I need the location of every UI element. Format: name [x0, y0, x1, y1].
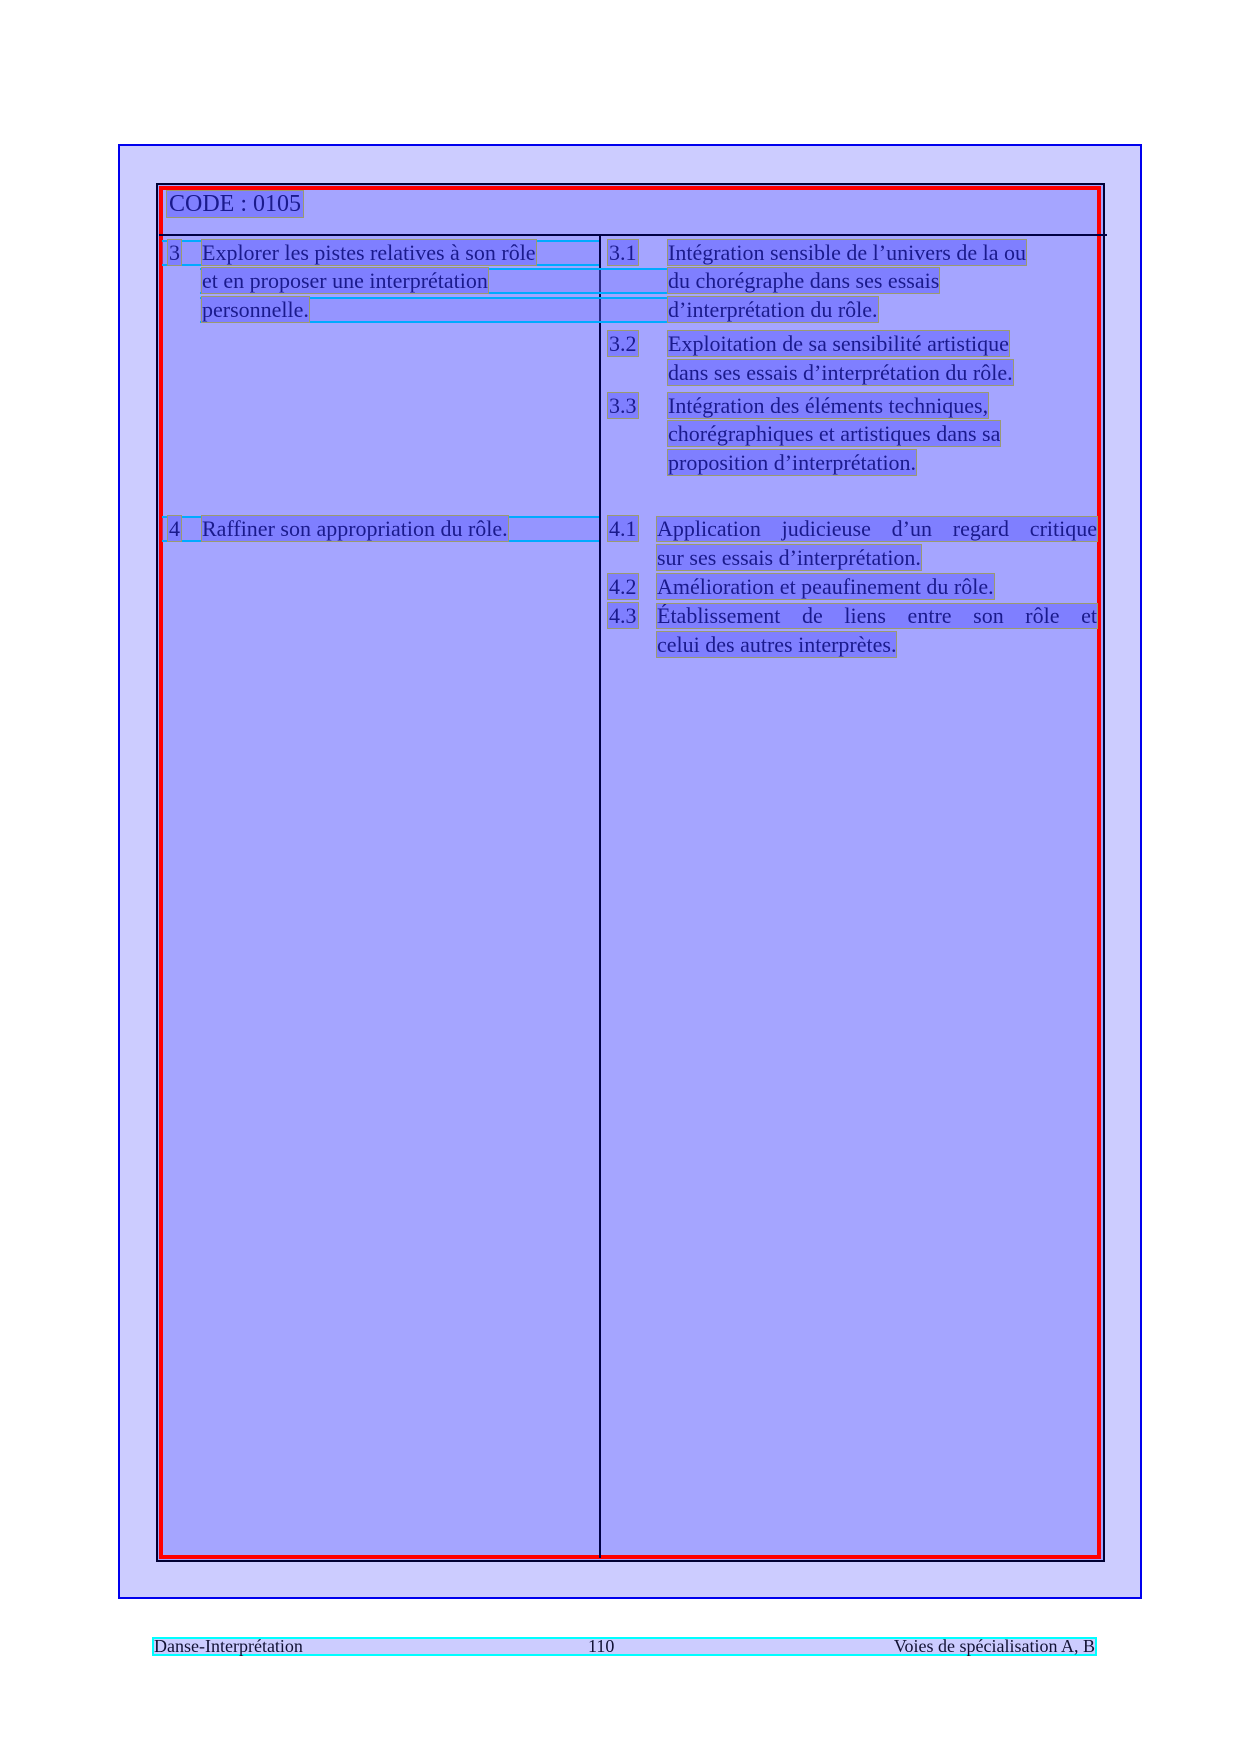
element-number: 4	[168, 517, 181, 541]
criterion-text-line: Intégration sensible de l’univers de la …	[668, 241, 1026, 265]
criterion-number: 3.3	[608, 394, 638, 418]
criterion-number: 3.2	[608, 332, 638, 356]
criterion-number: 4.2	[608, 575, 638, 599]
criterion-text-line: du chorégraphe dans ses essais	[668, 269, 939, 293]
criterion-text-line: Amélioration et peaufinement du rôle.	[657, 575, 994, 599]
code-header: CODE : 0105	[167, 191, 303, 217]
header-divider	[159, 234, 1107, 236]
code-label: CODE :	[169, 191, 247, 217]
criterion-text-line: Application judicieuse d’un regard criti…	[657, 517, 1097, 541]
footer-program-name: Danse-Interprétation	[154, 1636, 303, 1657]
table-highlight-border	[159, 186, 1101, 1559]
criterion-text-line: celui des autres interprètes.	[657, 633, 896, 657]
element-text-line: Raffiner son appropriation du rôle.	[202, 517, 508, 541]
criterion-text-line: dans ses essais d’interprétation du rôle…	[668, 361, 1013, 385]
criterion-text-line: Intégration des éléments techniques,	[668, 394, 988, 418]
criterion-text-line: d’interprétation du rôle.	[668, 298, 878, 322]
footer-page-number: 110	[588, 1636, 614, 1657]
code-value: 0105	[253, 191, 301, 217]
element-text-line: personnelle.	[202, 298, 309, 322]
element-number: 3	[168, 241, 181, 265]
page-footer: Danse-Interprétation 110 Voies de spécia…	[152, 1637, 1097, 1656]
criterion-number: 4.1	[608, 517, 638, 541]
criterion-text-line: proposition d’interprétation.	[668, 451, 916, 475]
criterion-number: 3.1	[608, 241, 638, 265]
criterion-text-line: Établissement de liens entre son rôle et	[657, 604, 1097, 628]
footer-specialization: Voies de spécialisation A, B	[894, 1636, 1095, 1657]
criterion-text-line: Exploitation de sa sensibilité artistiqu…	[668, 332, 1009, 356]
column-divider	[599, 235, 601, 1558]
criterion-text-line: sur ses essais d’interprétation.	[657, 546, 921, 570]
element-text-line: et en proposer une interprétation	[202, 269, 488, 293]
element-text-line: Explorer les pistes relatives à son rôle	[202, 241, 536, 265]
criterion-text-line: chorégraphiques et artistiques dans sa	[668, 422, 1000, 446]
criterion-number: 4.3	[608, 604, 638, 628]
